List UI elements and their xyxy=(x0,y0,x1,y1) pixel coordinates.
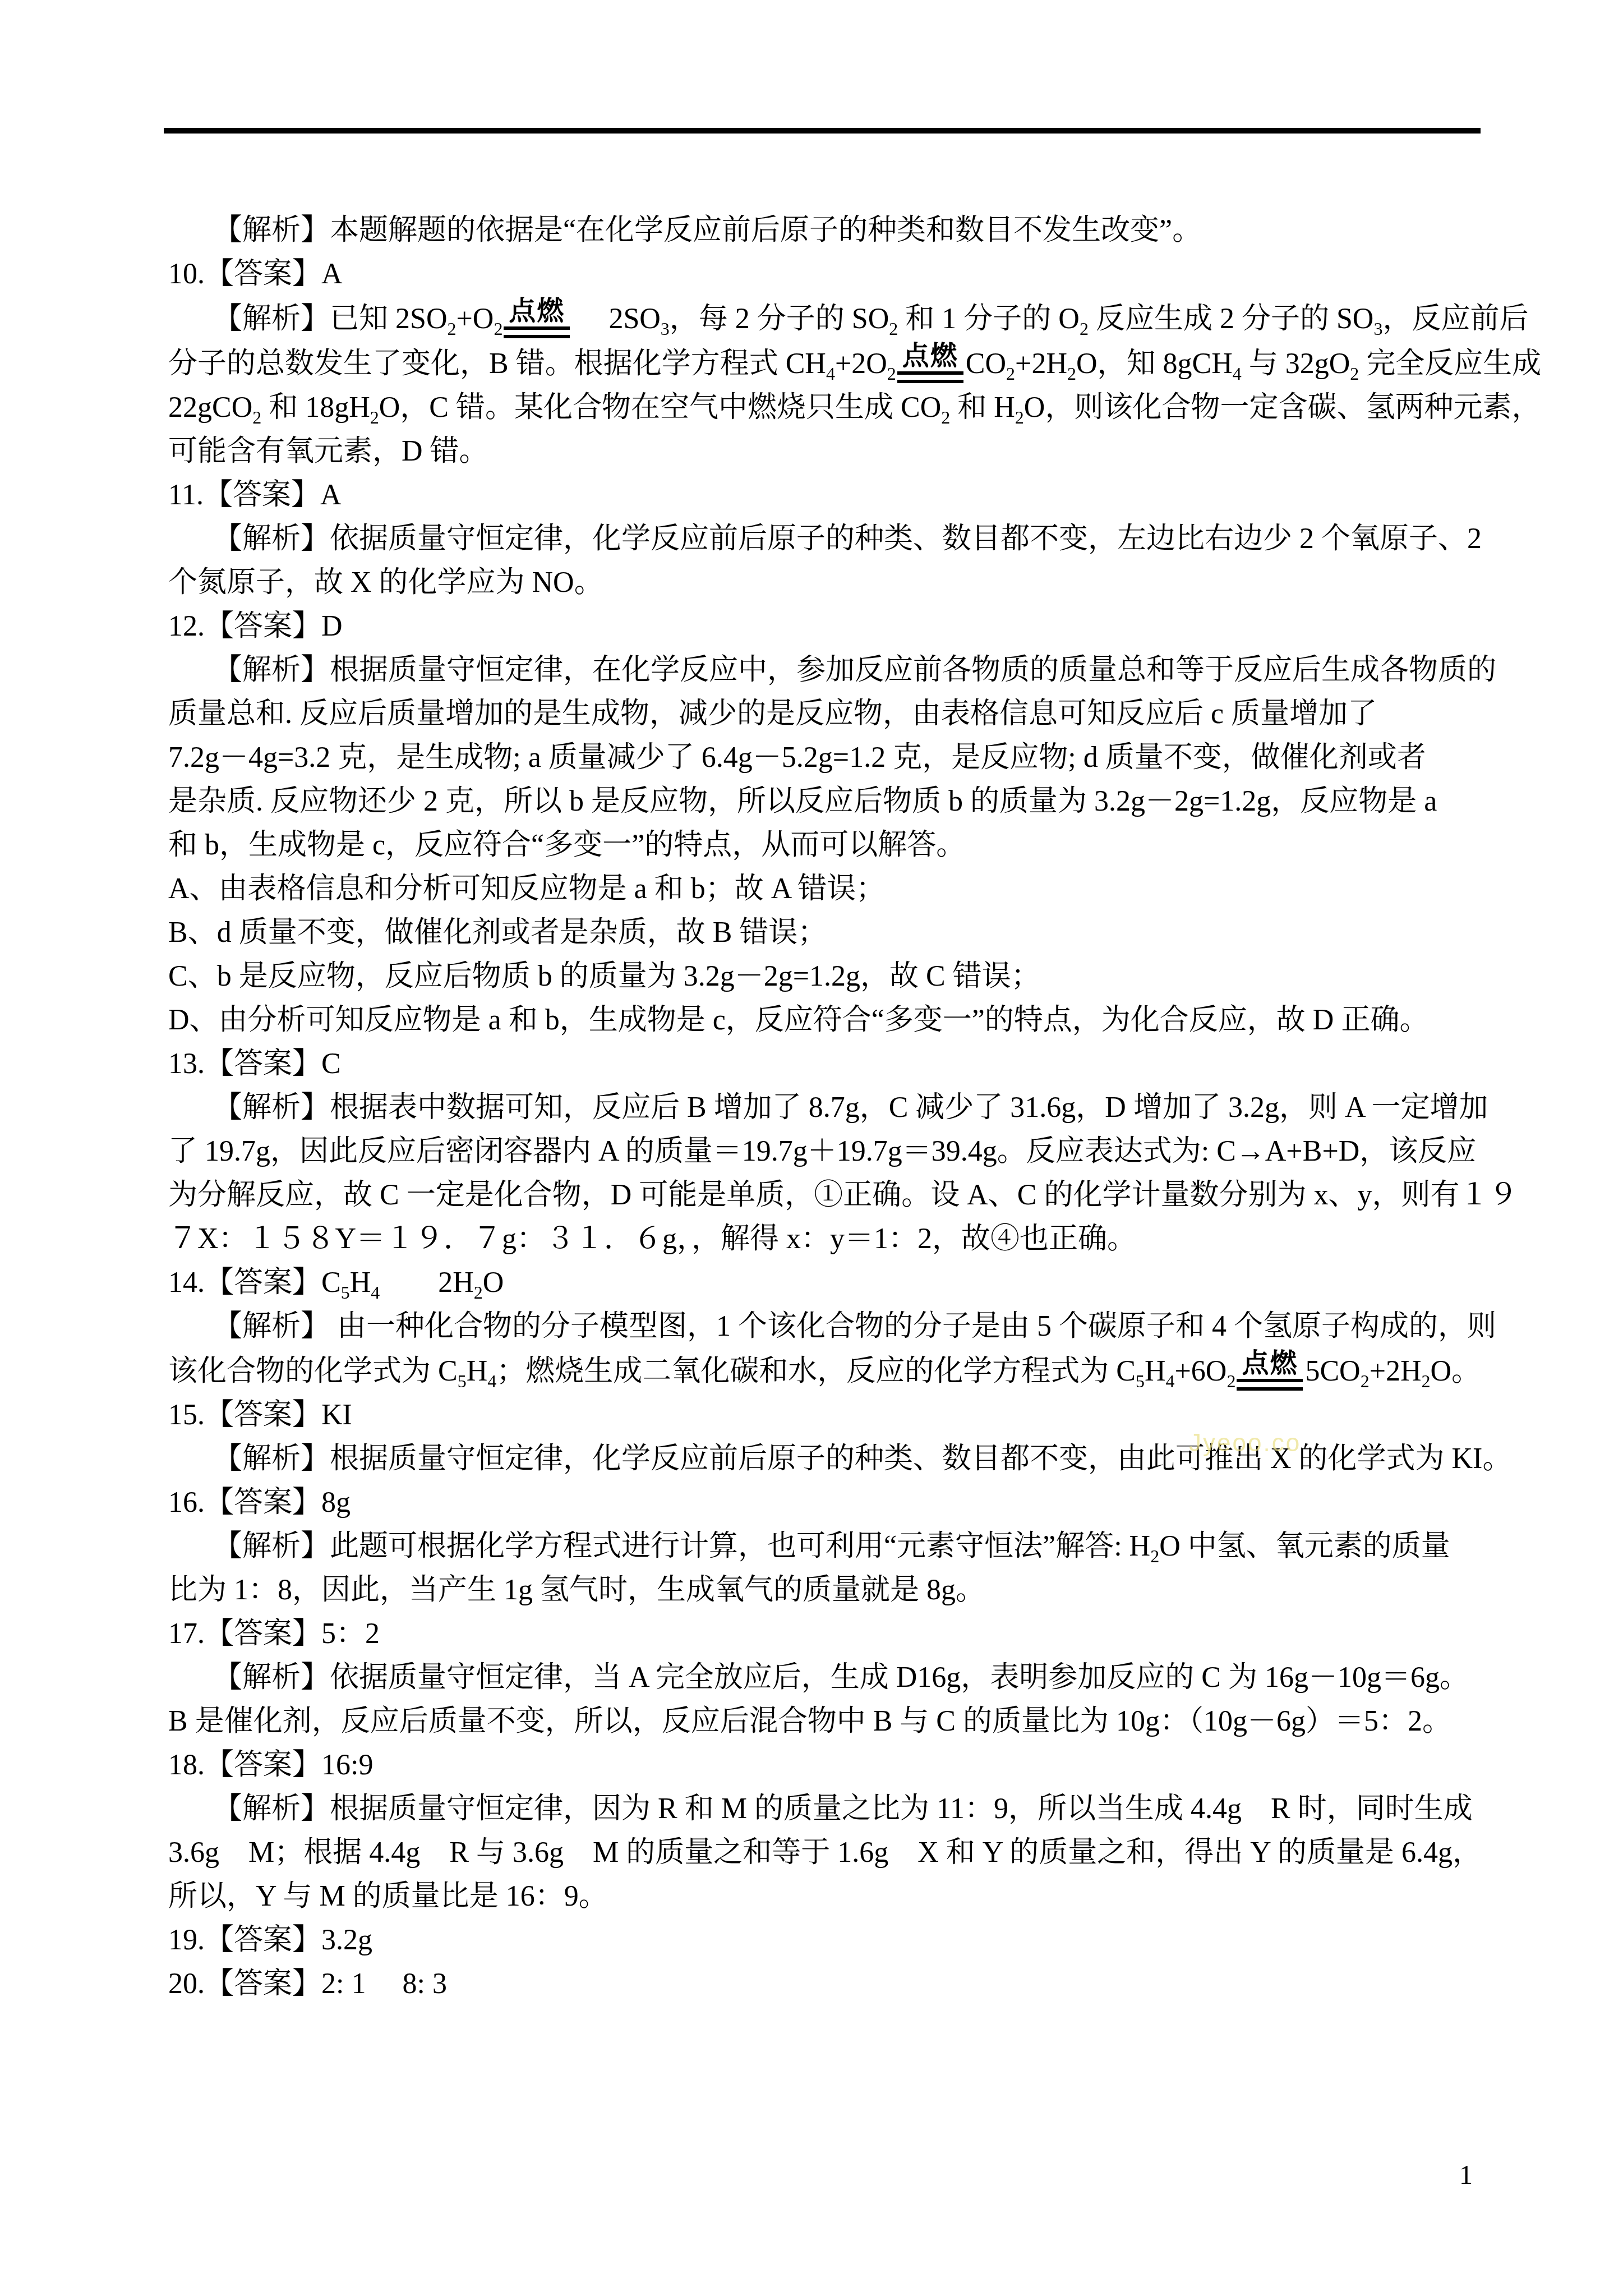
subscript: 2 xyxy=(1150,1546,1159,1566)
text-run: 和 b，生成物是 c，反应符合“多变一”的特点，从而可以解答。 xyxy=(168,829,965,861)
document-body: 【解析】本题解题的依据是“在化学反应前后原子的种类和数目不发生改变”。10.【答… xyxy=(168,209,1492,2006)
subscript: 2 xyxy=(1227,1371,1235,1391)
text-run: 【解析】此题可根据化学方程式进行计算，也可利用“元素守恒法”解答: H xyxy=(213,1530,1150,1562)
text-run: 【解析】根据质量守恒定律，在化学反应中，参加反应前各物质的质量总和等于反应后生成… xyxy=(213,654,1496,686)
text-run: 完全反应生成 xyxy=(1359,348,1541,380)
watermark: Jyeoo.co xyxy=(1189,1429,1301,1457)
subscript: 2 xyxy=(1015,407,1024,427)
text-run: 11.【答案】A xyxy=(168,479,342,511)
ignition-label: 点燃 xyxy=(897,341,963,371)
text-run: +O xyxy=(456,303,494,335)
text-run: ，每 2 分子的 SO xyxy=(670,303,889,335)
subscript: 2 xyxy=(1067,364,1076,384)
text-line: 【解析】 由一种化合物的分子模型图，1 个该化合物的分子是由 5 个碳原子和 4… xyxy=(168,1305,1492,1349)
document-page: 【解析】本题解题的依据是“在化学反应前后原子的种类和数目不发生改变”。10.【答… xyxy=(0,0,1623,2296)
subscript: 2 xyxy=(1422,1371,1431,1391)
text-run: 5CO xyxy=(1305,1355,1360,1387)
text-run: 个氮原子，故 X 的化学应为 NO。 xyxy=(168,567,603,599)
text-line: 10.【答案】A xyxy=(168,252,1492,296)
text-line: 【解析】根据表中数据可知，反应后 B 增加了 8.7g，C 减少了 31.6g，… xyxy=(168,1086,1492,1130)
text-run: 该化合物的化学式为 C xyxy=(168,1355,458,1387)
text-line: 和 b，生成物是 c，反应符合“多变一”的特点，从而可以解答。 xyxy=(168,823,1492,867)
text-run: 【解析】依据质量守恒定律，当 A 完全放应后，生成 D16g，表明参加反应的 C… xyxy=(213,1662,1469,1694)
text-line: 可能含有氧元素，D 错。 xyxy=(168,430,1492,473)
subscript: 4 xyxy=(371,1282,380,1303)
subscript: 5 xyxy=(1136,1371,1145,1391)
text-run: 3.6g M；根据 4.4g R 与 3.6g M 的质量之和等于 1.6g X… xyxy=(168,1837,1482,1869)
text-run: 和 H xyxy=(950,392,1015,424)
text-run: 2H xyxy=(380,1267,474,1299)
reaction-condition: 点燃 xyxy=(897,341,963,383)
text-line: 【解析】根据质量守恒定律，因为 R 和 M 的质量之比为 11：9，所以当生成 … xyxy=(168,1787,1492,1831)
text-run: 【解析】已知 2SO xyxy=(213,303,447,335)
text-line: 7.2g－4g=3.2 克，是生成物; a 质量减少了 6.4g－5.2g=1.… xyxy=(168,736,1492,780)
text-line: 【解析】已知 2SO2+O2点燃 2SO3，每 2 分子的 SO2 和 1 分子… xyxy=(168,296,1492,341)
text-line: 14.【答案】C5H4 2H2O xyxy=(168,1261,1492,1305)
text-run: H xyxy=(1145,1355,1166,1387)
text-run: CO xyxy=(966,348,1006,380)
text-run: +6O xyxy=(1175,1355,1227,1387)
subscript: 2 xyxy=(887,364,896,384)
text-line: 质量总和. 反应后质量增加的是生成物，减少的是反应物，由表格信息可知反应后 c … xyxy=(168,692,1492,736)
subscript: 2 xyxy=(1006,364,1015,384)
text-run: O，知 8gCH xyxy=(1076,348,1233,380)
text-line: 【解析】依据质量守恒定律，化学反应前后原子的种类、数目都不变，左边比右边少 2 … xyxy=(168,517,1492,561)
subscript: 2 xyxy=(889,319,898,339)
double-line-icon xyxy=(504,326,570,338)
text-line: 是杂质. 反应物还少 2 克，所以 b 是反应物，所以反应后物质 b 的质量为 … xyxy=(168,780,1492,823)
text-line: 11.【答案】A xyxy=(168,473,1492,517)
text-line: D、由分析可知反应物是 a 和 b，生成物是 c，反应符合“多变一”的特点，为化… xyxy=(168,999,1492,1042)
text-run: 是杂质. 反应物还少 2 克，所以 b 是反应物，所以反应后物质 b 的质量为 … xyxy=(168,785,1437,817)
text-run: O。 xyxy=(1431,1355,1481,1387)
text-run: B、d 质量不变，做催化剂或者是杂质，故 B 错误； xyxy=(168,917,827,949)
text-run: B 是催化剂，反应后质量不变，所以，反应后混合物中 B 与 C 的质量比为 10… xyxy=(168,1705,1451,1737)
text-run: 了 19.7g，因此反应后密闭容器内 A 的质量＝19.7g＋19.7g＝39.… xyxy=(168,1135,1476,1167)
text-line: 【解析】本题解题的依据是“在化学反应前后原子的种类和数目不发生改变”。 xyxy=(168,209,1492,252)
text-run: O，则该化合物一定含碳、氢两种元素， xyxy=(1024,392,1541,424)
ignition-label: 点燃 xyxy=(1237,1349,1303,1379)
ignition-label: 点燃 xyxy=(504,296,570,326)
text-run: +2H xyxy=(1015,348,1067,380)
text-run: C、b 是反应物，反应后物质 b 的质量为 3.2g－2g=1.2g，故 C 错… xyxy=(168,960,1040,992)
text-run: 7.2g－4g=3.2 克，是生成物; a 质量减少了 6.4g－5.2g=1.… xyxy=(168,742,1426,774)
subscript: 4 xyxy=(826,364,835,384)
text-run: 所以，Y 与 M 的质量比是 16：9。 xyxy=(168,1880,608,1912)
text-run: 【解析】依据质量守恒定律，化学反应前后原子的种类、数目都不变，左边比右边少 2 … xyxy=(213,523,1482,555)
text-line: C、b 是反应物，反应后物质 b 的质量为 3.2g－2g=1.2g，故 C 错… xyxy=(168,955,1492,999)
text-line: 比为 1：8，因此，当产生 1g 氢气时，生成氧气的质量就是 8g。 xyxy=(168,1568,1492,1612)
text-run: 质量总和. 反应后质量增加的是生成物，减少的是反应物，由表格信息可知反应后 c … xyxy=(168,698,1377,730)
text-run: 22gCO xyxy=(168,392,252,424)
text-line: ７X：１５８Y＝１９．７g：３１．６g，，解得 x：y＝1：2，故④也正确。 xyxy=(168,1217,1492,1261)
text-line: 分子的总数发生了变化，B 错。根据化学方程式 CH4+2O2点燃CO2+2H2O… xyxy=(168,341,1492,386)
text-run: 分子的总数发生了变化，B 错。根据化学方程式 CH xyxy=(168,348,826,380)
double-line-icon xyxy=(897,371,963,383)
text-line: 13.【答案】C xyxy=(168,1042,1492,1086)
text-run: 反应生成 2 分子的 SO xyxy=(1089,303,1373,335)
subscript: 3 xyxy=(1373,319,1382,339)
text-line: 【解析】根据质量守恒定律，在化学反应中，参加反应前各物质的质量总和等于反应后生成… xyxy=(168,648,1492,692)
subscript: 2 xyxy=(1361,1371,1370,1391)
text-run: 为分解反应，故 C 一定是化合物，D 可能是单质，①正确。设 A、C 的化学计量… xyxy=(168,1179,1518,1211)
reaction-condition: 点燃 xyxy=(504,296,570,338)
text-run: ，反应前后 xyxy=(1382,303,1528,335)
text-run: 17.【答案】5：2 xyxy=(168,1618,380,1650)
subscript: 4 xyxy=(1233,364,1242,384)
text-run: 2SO xyxy=(572,303,660,335)
text-line: B 是催化剂，反应后质量不变，所以，反应后混合物中 B 与 C 的质量比为 10… xyxy=(168,1700,1492,1743)
text-run: 【解析】本题解题的依据是“在化学反应前后原子的种类和数目不发生改变”。 xyxy=(213,214,1201,246)
text-run: 13.【答案】C xyxy=(168,1048,341,1080)
subscript: 5 xyxy=(458,1371,467,1391)
text-run: 与 32gO xyxy=(1242,348,1350,380)
text-run: 12.【答案】D xyxy=(168,610,343,642)
text-line: 个氮原子，故 X 的化学应为 NO。 xyxy=(168,561,1492,605)
text-run: 【解析】根据质量守恒定律，化学反应前后原子的种类、数目都不变，由此可推出 X 的… xyxy=(213,1443,1511,1475)
subscript: 4 xyxy=(487,1371,496,1391)
text-line: 19.【答案】3.2g xyxy=(168,1918,1492,1962)
text-run: ；燃烧生成二氧化碳和水，反应的化学方程式为 C xyxy=(496,1355,1136,1387)
text-run: 15.【答案】KI xyxy=(168,1399,352,1431)
text-run: 【解析】根据表中数据可知，反应后 B 增加了 8.7g，C 减少了 31.6g，… xyxy=(213,1092,1488,1124)
text-run: 19.【答案】3.2g xyxy=(168,1924,372,1956)
text-line: 20.【答案】2: 1 8: 3 xyxy=(168,1962,1492,2006)
text-run: O 中氢、氧元素的质量 xyxy=(1159,1530,1450,1562)
text-line: 了 19.7g，因此反应后密闭容器内 A 的质量＝19.7g＋19.7g＝39.… xyxy=(168,1130,1492,1174)
text-run: 10.【答案】A xyxy=(168,258,343,290)
text-line: 为分解反应，故 C 一定是化合物，D 可能是单质，①正确。设 A、C 的化学计量… xyxy=(168,1174,1492,1217)
subscript: 4 xyxy=(1166,1371,1175,1391)
subscript: 2 xyxy=(370,407,379,427)
text-run: +2O xyxy=(835,348,887,380)
subscript: 5 xyxy=(341,1282,350,1303)
text-line: 16.【答案】8g xyxy=(168,1481,1492,1525)
text-line: 3.6g M；根据 4.4g R 与 3.6g M 的质量之和等于 1.6g X… xyxy=(168,1831,1492,1875)
text-line: 17.【答案】5：2 xyxy=(168,1612,1492,1656)
text-run: 16.【答案】8g xyxy=(168,1487,351,1519)
text-run: A、由表格信息和分析可知反应物是 a 和 b；故 A 错误； xyxy=(168,873,885,905)
text-line: 所以，Y 与 M 的质量比是 16：9。 xyxy=(168,1875,1492,1918)
subscript: 2 xyxy=(494,319,502,339)
reaction-condition: 点燃 xyxy=(1237,1349,1303,1391)
text-run: H xyxy=(467,1355,488,1387)
page-number: 1 xyxy=(1459,2159,1473,2192)
text-line: A、由表格信息和分析可知反应物是 a 和 b；故 A 错误； xyxy=(168,867,1492,911)
subscript: 2 xyxy=(1080,319,1089,339)
text-run: 18.【答案】16:9 xyxy=(168,1749,373,1781)
text-run: 【解析】 由一种化合物的分子模型图，1 个该化合物的分子是由 5 个碳原子和 4… xyxy=(213,1310,1496,1342)
text-run: 20.【答案】2: 1 8: 3 xyxy=(168,1968,447,2000)
text-run: 14.【答案】C xyxy=(168,1267,341,1299)
subscript: 2 xyxy=(447,319,456,339)
subscript: 3 xyxy=(661,319,670,339)
subscript: 2 xyxy=(474,1282,483,1303)
text-run: O，C 错。某化合物在空气中燃烧只生成 CO xyxy=(379,392,941,424)
text-run: H xyxy=(350,1267,371,1299)
text-run: O xyxy=(483,1267,504,1299)
text-line: 18.【答案】16:9 xyxy=(168,1743,1492,1787)
subscript: 2 xyxy=(252,407,261,427)
text-line: 该化合物的化学式为 C5H4；燃烧生成二氧化碳和水，反应的化学方程式为 C5H4… xyxy=(168,1349,1492,1393)
text-run: 【解析】根据质量守恒定律，因为 R 和 M 的质量之比为 11：9，所以当生成 … xyxy=(213,1793,1473,1825)
text-line: B、d 质量不变，做催化剂或者是杂质，故 B 错误； xyxy=(168,911,1492,955)
header-rule xyxy=(164,128,1481,134)
text-line: 12.【答案】D xyxy=(168,605,1492,648)
text-run: +2H xyxy=(1370,1355,1422,1387)
text-run: 和 18gH xyxy=(261,392,370,424)
subscript: 2 xyxy=(1350,364,1359,384)
double-line-icon xyxy=(1237,1379,1303,1391)
subscript: 2 xyxy=(941,407,950,427)
text-line: 【解析】此题可根据化学方程式进行计算，也可利用“元素守恒法”解答: H2O 中氢… xyxy=(168,1525,1492,1568)
text-run: 和 1 分子的 O xyxy=(898,303,1080,335)
text-line: 【解析】依据质量守恒定律，当 A 完全放应后，生成 D16g，表明参加反应的 C… xyxy=(168,1656,1492,1700)
text-run: ７X：１５８Y＝１９．７g：３１．６g，，解得 x：y＝1：2，故④也正确。 xyxy=(168,1223,1136,1255)
text-line: 22gCO2 和 18gH2O，C 错。某化合物在空气中燃烧只生成 CO2 和 … xyxy=(168,386,1492,430)
text-run: 可能含有氧元素，D 错。 xyxy=(168,435,488,467)
text-run: 比为 1：8，因此，当产生 1g 氢气时，生成氧气的质量就是 8g。 xyxy=(168,1574,985,1606)
text-run: D、由分析可知反应物是 a 和 b，生成物是 c，反应符合“多变一”的特点，为化… xyxy=(168,1004,1428,1036)
